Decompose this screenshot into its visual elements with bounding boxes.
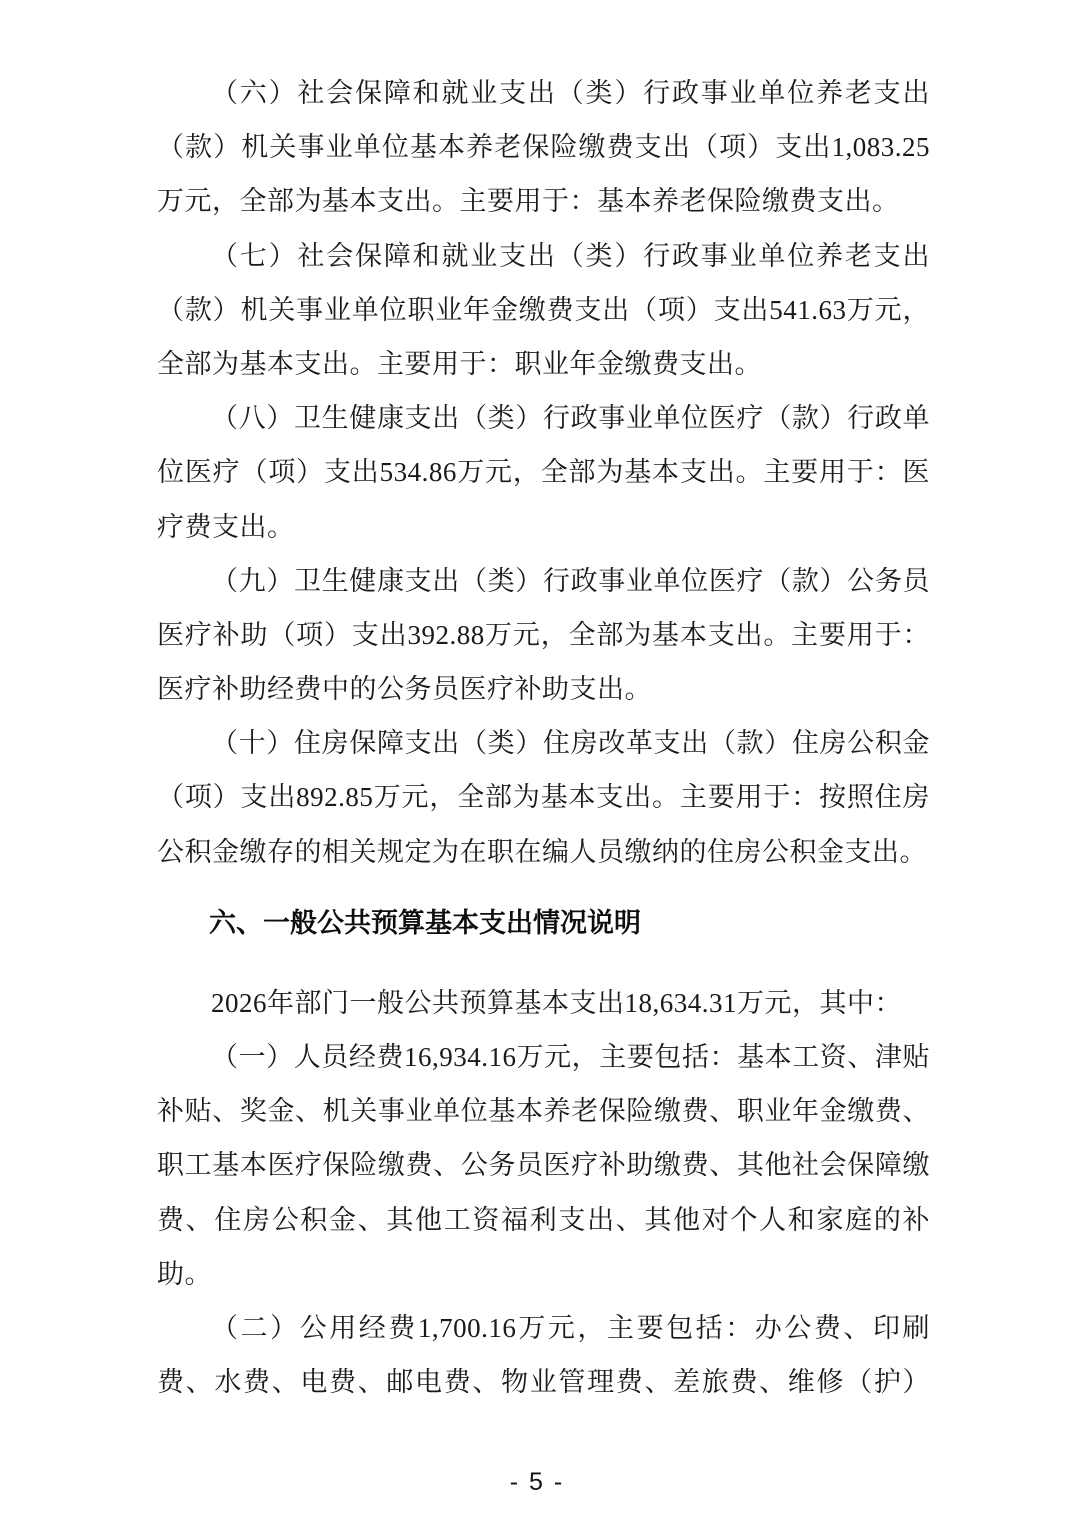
text-line: 职工基本医疗保险缴费、公务员医疗补助缴费、其他社会保障缴 bbox=[157, 1138, 930, 1192]
text-line: （项）支出892.85万元，全部为基本支出。主要用于：按照住房 bbox=[157, 770, 930, 824]
document-page: （六）社会保障和就业支出（类）行政事业单位养老支出（款）机关事业单位基本养老保险… bbox=[0, 0, 1074, 1520]
para-item-6: （六）社会保障和就业支出（类）行政事业单位养老支出（款）机关事业单位基本养老保险… bbox=[157, 66, 930, 229]
para-item-7: （七）社会保障和就业支出（类）行政事业单位养老支出（款）机关事业单位职业年金缴费… bbox=[157, 229, 930, 392]
text-line: 位医疗（项）支出534.86万元，全部为基本支出。主要用于：医 bbox=[157, 445, 930, 499]
text-line: （一）人员经费16,934.16万元，主要包括：基本工资、津贴 bbox=[157, 1030, 930, 1084]
text-line: （七）社会保障和就业支出（类）行政事业单位养老支出 bbox=[157, 229, 930, 283]
text-line: （二）公用经费1,700.16万元，主要包括：办公费、印刷 bbox=[157, 1301, 930, 1355]
para-item-8: （八）卫生健康支出（类）行政事业单位医疗（款）行政单位医疗（项）支出534.86… bbox=[157, 391, 930, 554]
para-item-10: （十）住房保障支出（类）住房改革支出（款）住房公积金（项）支出892.85万元，… bbox=[157, 716, 930, 879]
text-line: 费、水费、电费、邮电费、物业管理费、差旅费、维修（护） bbox=[157, 1355, 930, 1409]
page-number: - 5 - bbox=[0, 1468, 1074, 1497]
text-line: 医疗补助经费中的公务员医疗补助支出。 bbox=[157, 662, 930, 716]
text-line: （八）卫生健康支出（类）行政事业单位医疗（款）行政单 bbox=[157, 391, 930, 445]
text-line: 助。 bbox=[157, 1247, 930, 1301]
text-line: 全部为基本支出。主要用于：职业年金缴费支出。 bbox=[157, 337, 930, 391]
text-line: 2026年部门一般公共预算基本支出18,634.31万元，其中： bbox=[157, 976, 930, 1030]
para-basic-expense-total: 2026年部门一般公共预算基本支出18,634.31万元，其中： bbox=[157, 976, 930, 1030]
text-line: 万元，全部为基本支出。主要用于：基本养老保险缴费支出。 bbox=[157, 174, 930, 228]
text-line: （款）机关事业单位基本养老保险缴费支出（项）支出1,083.25 bbox=[157, 120, 930, 174]
text-line: 补贴、奖金、机关事业单位基本养老保险缴费、职业年金缴费、 bbox=[157, 1084, 930, 1138]
text-line: 医疗补助（项）支出392.88万元，全部为基本支出。主要用于： bbox=[157, 608, 930, 662]
para-public-funds: （二）公用经费1,700.16万元，主要包括：办公费、印刷费、水费、电费、邮电费… bbox=[157, 1301, 930, 1409]
section-heading-6: 六、一般公共预算基本支出情况说明 bbox=[157, 899, 930, 947]
text-line: （款）机关事业单位职业年金缴费支出（项）支出541.63万元， bbox=[157, 283, 930, 337]
text-line: 费、住房公积金、其他工资福利支出、其他对个人和家庭的补 bbox=[157, 1193, 930, 1247]
para-personnel-funds: （一）人员经费16,934.16万元，主要包括：基本工资、津贴补贴、奖金、机关事… bbox=[157, 1030, 930, 1301]
text-line: （六）社会保障和就业支出（类）行政事业单位养老支出 bbox=[157, 66, 930, 120]
para-item-9: （九）卫生健康支出（类）行政事业单位医疗（款）公务员医疗补助（项）支出392.8… bbox=[157, 554, 930, 717]
text-line: 疗费支出。 bbox=[157, 500, 930, 554]
text-line: （十）住房保障支出（类）住房改革支出（款）住房公积金 bbox=[157, 716, 930, 770]
document-body: （六）社会保障和就业支出（类）行政事业单位养老支出（款）机关事业单位基本养老保险… bbox=[157, 66, 930, 1409]
text-line: （九）卫生健康支出（类）行政事业单位医疗（款）公务员 bbox=[157, 554, 930, 608]
text-line: 公积金缴存的相关规定为在职在编人员缴纳的住房公积金支出。 bbox=[157, 825, 930, 879]
